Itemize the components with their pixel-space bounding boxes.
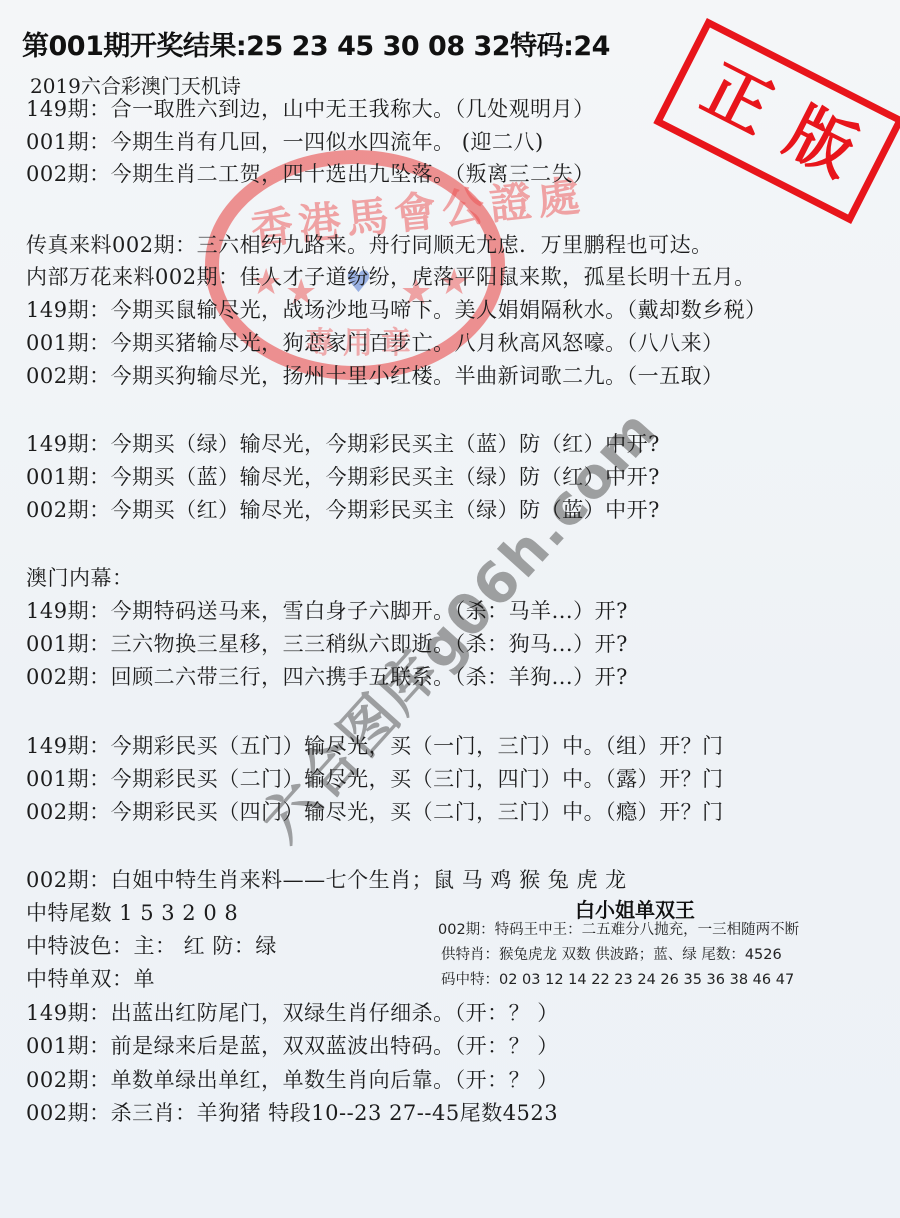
final-line: 149期：出蓝出红防尾门，双绿生肖仔细杀。（开：？ ）	[26, 1000, 559, 1026]
macau-line: 149期：今期特码送马来，雪白身子六脚开。（杀：马羊...）开?	[26, 598, 628, 624]
genuine-stamp-char: 版	[776, 98, 865, 187]
final-line: 001期：前是绿来后是蓝，双双蓝波出特码。（开：？ ）	[26, 1033, 559, 1059]
final-line: 002期：单数单绿出单红，单数生肖向后靠。（开：？ ）	[26, 1067, 559, 1093]
document-subtitle: 2019六合彩澳门天机诗	[30, 70, 241, 99]
poem-line: 001期：今期生肖有几回，一四似水四流年。 (迎二八)	[26, 129, 544, 155]
bai-box-line: 供特肖：猴兔虎龙 双数 供波路；蓝、绿 尾数：4526	[441, 944, 782, 966]
fax-line: 149期：今期买鼠输尽光，战场沙地马啼下。美人娟娟隔秋水。（戴却数乡税）	[26, 297, 767, 323]
fax-line: 002期：今期买狗输尽光，扬州十里小红楼。半曲新词歌二九。（一五取）	[26, 363, 724, 389]
color-line: 002期：今期买（红）输尽光，今期彩民买主（绿）防（蓝）中开?	[26, 497, 660, 523]
door-line: 001期：今期彩民买（二门）输尽光，买（三门，四门）中。（露）开？门	[26, 766, 724, 792]
poem-line: 149期：合一取胜六到边，山中无王我称大。（几处观明月）	[26, 96, 595, 122]
tail-numbers-line: 中特尾数 1 5 3 2 0 8	[26, 900, 238, 926]
fax-line: 001期：今期买猪输尽光，狗恋家门百步亡。八月秋高风怒嚎。（八八来）	[26, 330, 724, 356]
bai-box-line: 码中特：02 03 12 14 22 23 24 26 35 36 38 46 …	[441, 969, 794, 991]
poem-line: 002期：今期生肖二工贺，四十选出九坠落。（叛离三二失）	[26, 161, 595, 187]
macau-line: 001期：三六物换三星移，三三稍纵六即逝。（杀：狗马...）开?	[26, 631, 628, 657]
fax-line: 传真来料002期：三六相约九路来。舟行同顺无尤虑．万里鹏程也可达。	[26, 232, 713, 258]
zodiac-line: 002期：白姐中特生肖来料——七个生肖；鼠 马 鸡 猴 兔 虎 龙	[26, 867, 627, 893]
genuine-stamp: 正 版	[653, 18, 900, 224]
fax-line: 内部万花来料002期：佳人才子道纷纷，虎落平阳鼠来欺，孤星长明十五月。	[26, 264, 756, 290]
final-line: 002期：杀三肖：羊狗猪 特段10--23 27--45尾数4523	[26, 1100, 558, 1126]
bai-box-line: 002期：特码王中王：二五难分八抛充，一三相随两不断	[438, 919, 799, 941]
door-line: 002期：今期彩民买（四门）输尽光，买（二门，三门）中。（瘾）开？门	[26, 799, 724, 825]
lottery-document: 香港馬會公證處 專用章 ★ ★ ★ ★ ♥ 第001期开奖结果:25 23 45…	[0, 0, 900, 1218]
color-line: 149期：今期买（绿）输尽光，今期彩民买主（蓝）防（红）中开?	[26, 431, 660, 457]
color-line: 001期：今期买（蓝）输尽光，今期彩民买主（绿）防（红）中开?	[26, 464, 660, 490]
odd-even-line: 中特单双：单	[26, 966, 155, 992]
macau-line: 002期：回顾二六带三行，四六携手五联系。（杀：羊狗...）开?	[26, 664, 628, 690]
macau-section-title: 澳门内幕：	[26, 565, 134, 591]
wave-color-line: 中特波色：主： 红 防：绿	[26, 933, 277, 959]
draw-result-headline: 第001期开奖结果:25 23 45 30 08 32特码:24	[22, 24, 610, 63]
genuine-stamp-char: 正	[693, 55, 782, 144]
door-line: 149期：今期彩民买（五门）输尽光，买（一门，三门）中。（组）开？门	[26, 733, 724, 759]
